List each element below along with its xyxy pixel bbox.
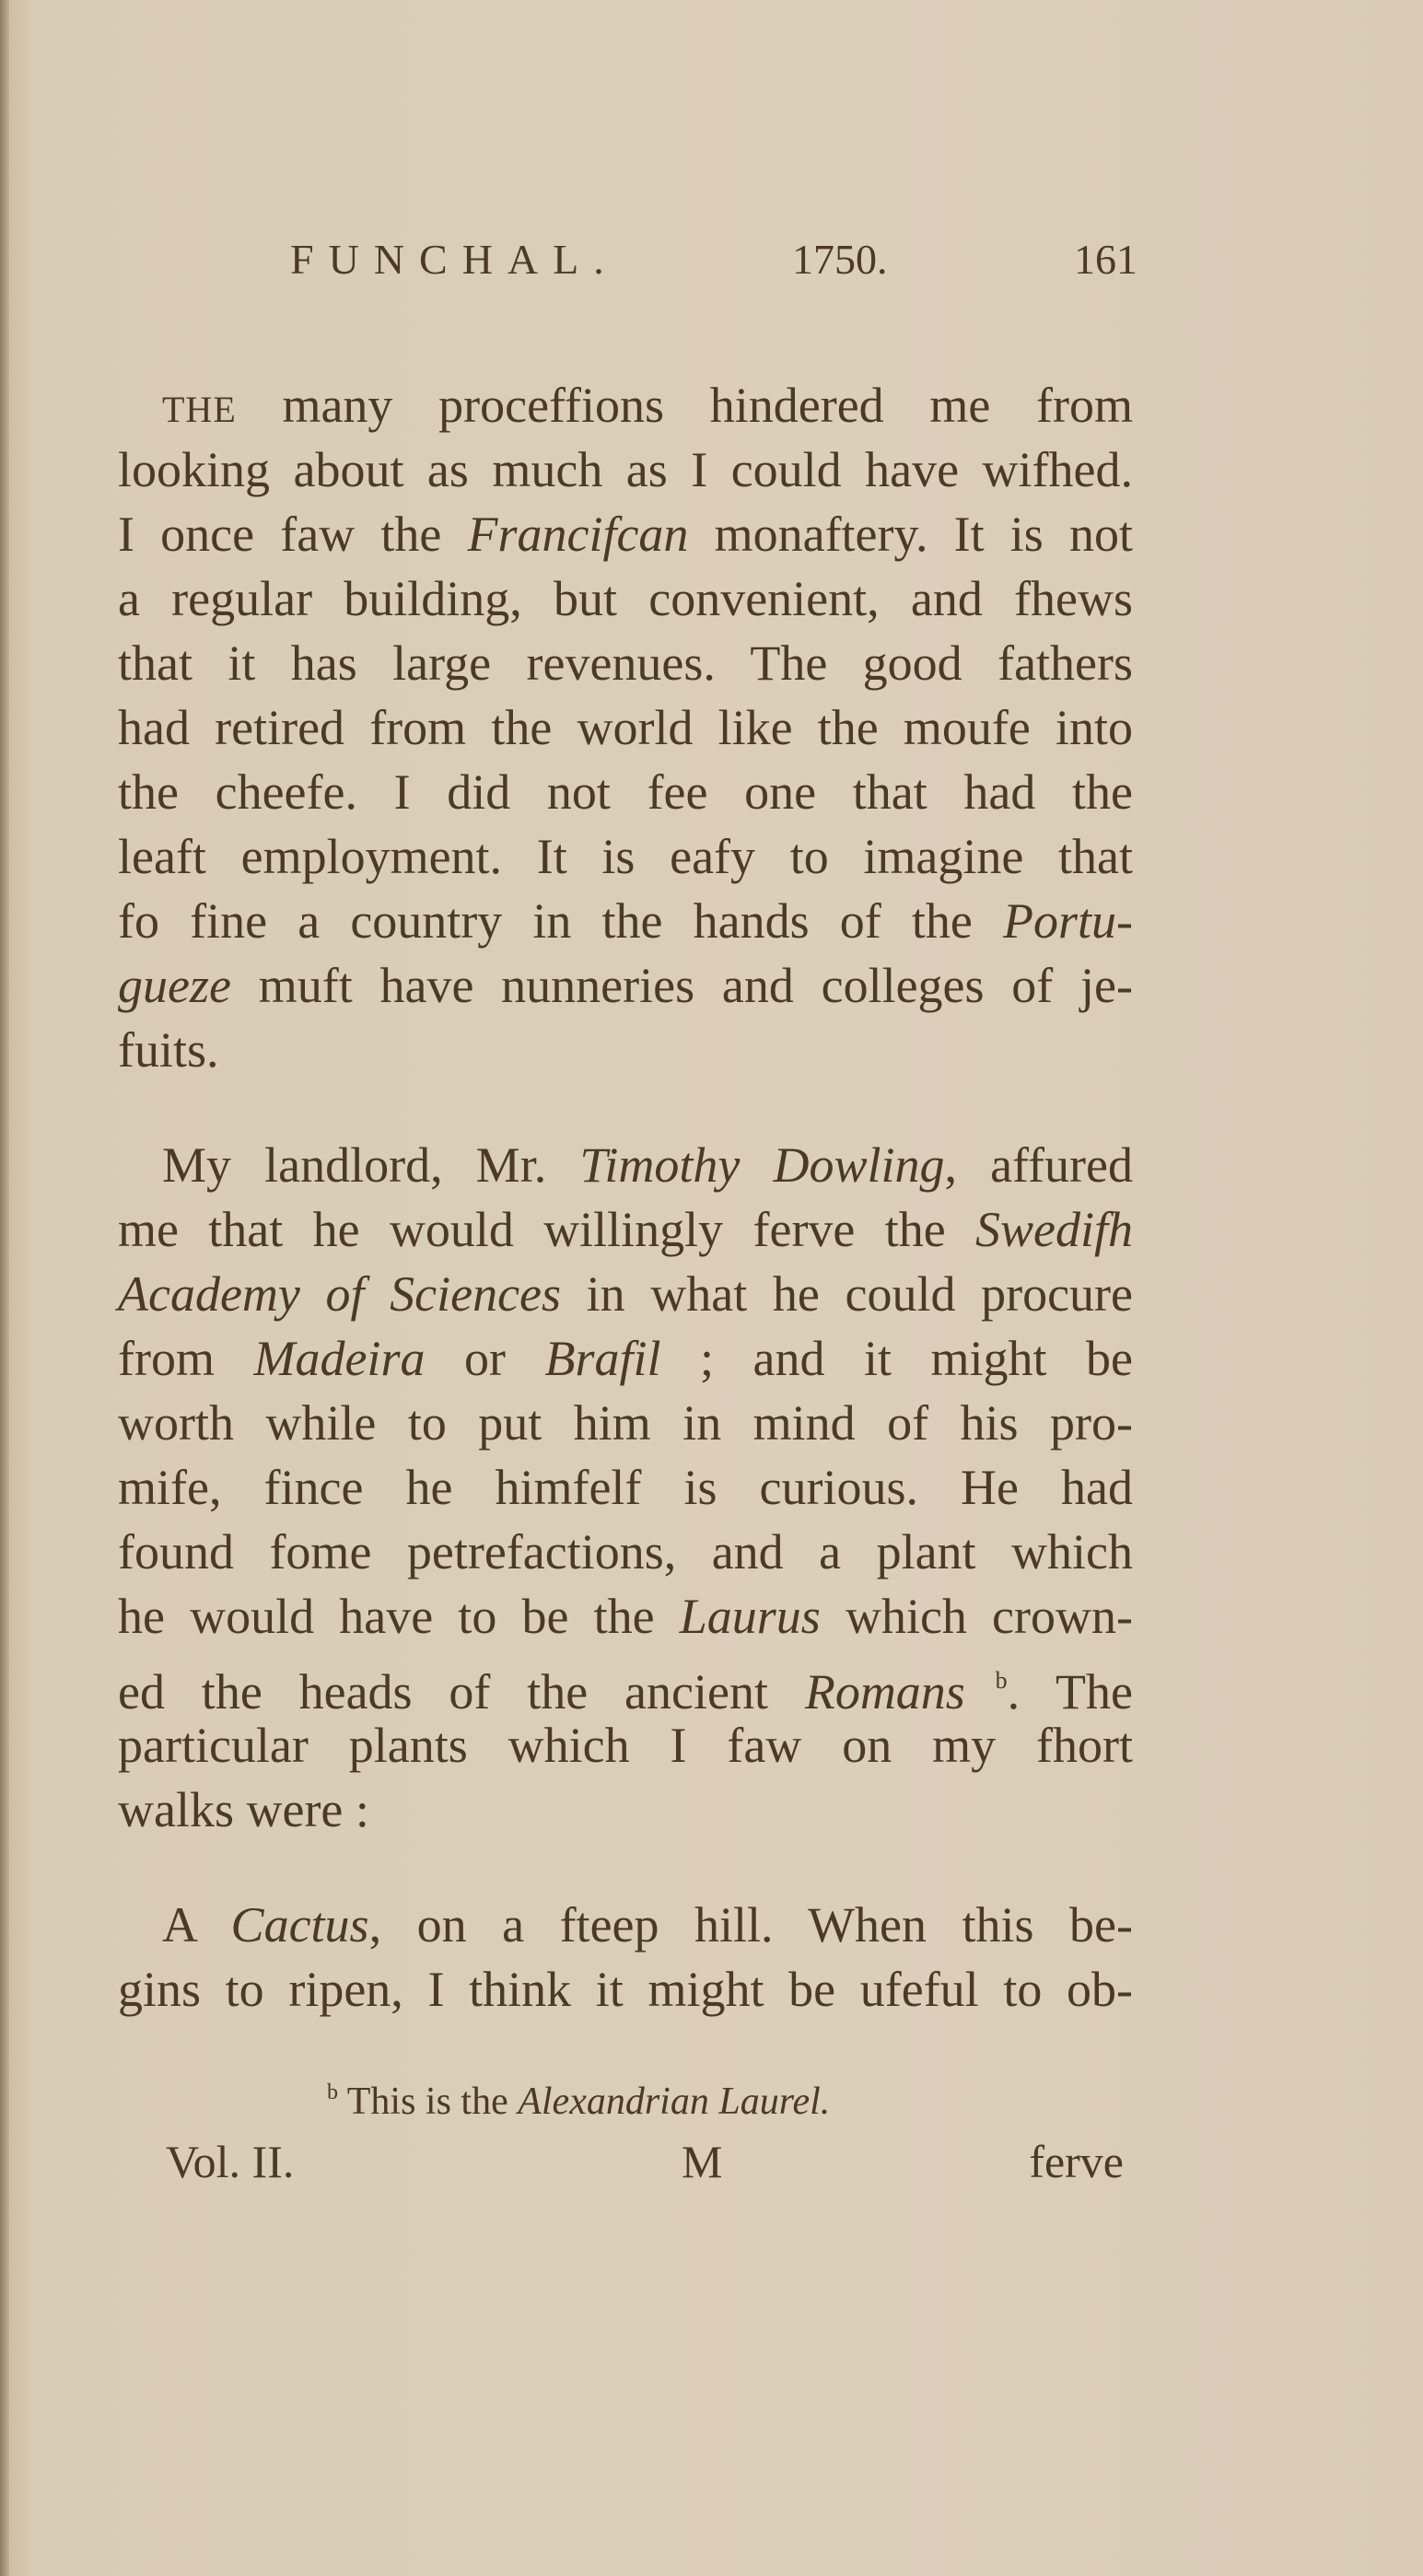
- paragraph-gap: [118, 1842, 1133, 1893]
- text-run: a regular building, but convenient, and …: [118, 571, 1133, 626]
- italic-text: Portu-: [1003, 893, 1133, 949]
- text-run: My landlord, Mr.: [162, 1137, 579, 1193]
- text-line: gins to ripen, I think it might be ufefu…: [118, 1957, 1133, 2022]
- header-year: 1750.: [792, 235, 888, 284]
- text-line: fuits.: [118, 1018, 1133, 1082]
- text-run: I once faw the: [118, 507, 467, 562]
- running-header: FUNCHAL. 1750. 161: [290, 235, 1137, 290]
- running-title: FUNCHAL.: [290, 235, 619, 284]
- text-run: , on a fteep hill. When this be-: [369, 1897, 1133, 1952]
- text-run: walks were :: [118, 1782, 369, 1837]
- footnote-italic: Alexandrian Laurel.: [518, 2081, 830, 2123]
- paragraph: THE many proceffions hindered me fromloo…: [118, 373, 1133, 1082]
- text-line: worth while to put him in mind of his pr…: [118, 1391, 1133, 1455]
- signature-mark: M: [682, 2135, 722, 2188]
- italic-text: Academy of Sciences: [118, 1266, 561, 1322]
- text-run: found fome petrefactions, and a plant wh…: [118, 1524, 1133, 1579]
- italic-text: Francifcan: [467, 507, 688, 562]
- text-line: leaft employment. It is eafy to imagine …: [118, 824, 1133, 889]
- footnote-marker: b: [327, 2081, 338, 2104]
- text-line: found fome petrefactions, and a plant wh…: [118, 1520, 1133, 1584]
- italic-text: gueze: [118, 958, 231, 1013]
- text-line: looking about as much as I could have wi…: [118, 437, 1133, 502]
- text-run: A: [162, 1897, 231, 1952]
- text-run: fo fine a country in the hands of the: [118, 893, 1003, 949]
- text-line: A Cactus, on a fteep hill. When this be-: [118, 1893, 1133, 1957]
- footnote: b This is the Alexandrian Laurel.: [327, 2080, 830, 2124]
- sup-text: b: [965, 1667, 1008, 1694]
- signature-line: Vol. II. M ferve: [166, 2135, 1124, 2190]
- text-run: . The: [1008, 1664, 1133, 1719]
- text-run: me that he would willingly ferve the: [118, 1202, 975, 1257]
- text-run: or: [425, 1331, 544, 1386]
- text-run: leaft employment. It is eafy to imagine …: [118, 829, 1133, 884]
- italic-text: Cactus: [231, 1897, 369, 1952]
- text-run: fuits.: [118, 1022, 219, 1078]
- italic-text: Romans: [805, 1664, 965, 1719]
- text-run: particular plants which I faw on my fhor…: [118, 1718, 1133, 1773]
- text-run: gins to ripen, I think it might be ufefu…: [118, 1962, 1133, 2017]
- page-number: 161: [1074, 235, 1137, 284]
- text-line: I once faw the Francifcan monaftery. It …: [118, 502, 1133, 566]
- smallcaps-text: THE: [162, 389, 237, 430]
- text-line: gueze muft have nunneries and colleges o…: [118, 953, 1133, 1018]
- text-run: , affured: [944, 1137, 1133, 1193]
- page-gutter-edge: [0, 0, 9, 2576]
- paragraph: My landlord, Mr. Timothy Dowling, affure…: [118, 1133, 1133, 1842]
- text-line: a regular building, but convenient, and …: [118, 566, 1133, 631]
- text-line: mife, fince he himfelf is curious. He ha…: [118, 1455, 1133, 1520]
- text-line: walks were :: [118, 1778, 1133, 1842]
- text-run: that it has large revenues. The good fat…: [118, 635, 1133, 691]
- text-line: THE many proceffions hindered me from: [118, 373, 1133, 437]
- paragraph-gap: [118, 1082, 1133, 1133]
- italic-text: Laurus: [680, 1589, 821, 1644]
- text-line: had retired from the world like the mouf…: [118, 695, 1133, 760]
- italic-text: Madeira: [253, 1331, 425, 1386]
- text-run: which crown-: [821, 1589, 1133, 1644]
- catchword: ferve: [1029, 2135, 1124, 2188]
- text-line: particular plants which I faw on my fhor…: [118, 1713, 1133, 1778]
- text-line: My landlord, Mr. Timothy Dowling, affure…: [118, 1133, 1133, 1197]
- text-run: ; and it might be: [660, 1331, 1133, 1386]
- text-run: worth while to put him in mind of his pr…: [118, 1395, 1133, 1451]
- text-line: me that he would willingly ferve the Swe…: [118, 1197, 1133, 1262]
- footnote-text: This is the: [338, 2081, 518, 2123]
- text-run: from: [118, 1331, 253, 1386]
- text-run: muft have nunneries and colleges of je-: [231, 958, 1133, 1013]
- text-run: many proceffions hindered me from: [237, 378, 1133, 433]
- text-line: he would have to be the Laurus which cro…: [118, 1584, 1133, 1649]
- text-line: ed the heads of the ancient Romans b. Th…: [118, 1649, 1133, 1713]
- paragraph: A Cactus, on a fteep hill. When this be-…: [118, 1893, 1133, 2022]
- italic-text: Brafil: [544, 1331, 660, 1386]
- text-run: in what he could procure: [561, 1266, 1133, 1322]
- italic-text: Timothy Dowling: [579, 1137, 944, 1193]
- text-line: from Madeira or Brafil ; and it might be: [118, 1326, 1133, 1391]
- text-run: had retired from the world like the mouf…: [118, 700, 1133, 755]
- text-run: ed the heads of the ancient: [118, 1664, 805, 1719]
- italic-text: Swedifh: [975, 1202, 1133, 1257]
- text-run: he would have to be the: [118, 1589, 680, 1644]
- body-text: THE many proceffions hindered me fromloo…: [118, 373, 1133, 2022]
- text-run: looking about as much as I could have wi…: [118, 442, 1133, 497]
- text-line: the cheefe. I did not fee one that had t…: [118, 760, 1133, 824]
- text-line: Academy of Sciences in what he could pro…: [118, 1262, 1133, 1326]
- text-run: the cheefe. I did not fee one that had t…: [118, 764, 1133, 820]
- text-run: monaftery. It is not: [688, 507, 1133, 562]
- book-page: FUNCHAL. 1750. 161 THE many proceffions …: [0, 0, 1423, 2576]
- text-run: mife, fince he himfelf is curious. He ha…: [118, 1460, 1133, 1515]
- text-line: that it has large revenues. The good fat…: [118, 631, 1133, 695]
- text-line: fo fine a country in the hands of the Po…: [118, 889, 1133, 953]
- volume-label: Vol. II.: [166, 2135, 294, 2188]
